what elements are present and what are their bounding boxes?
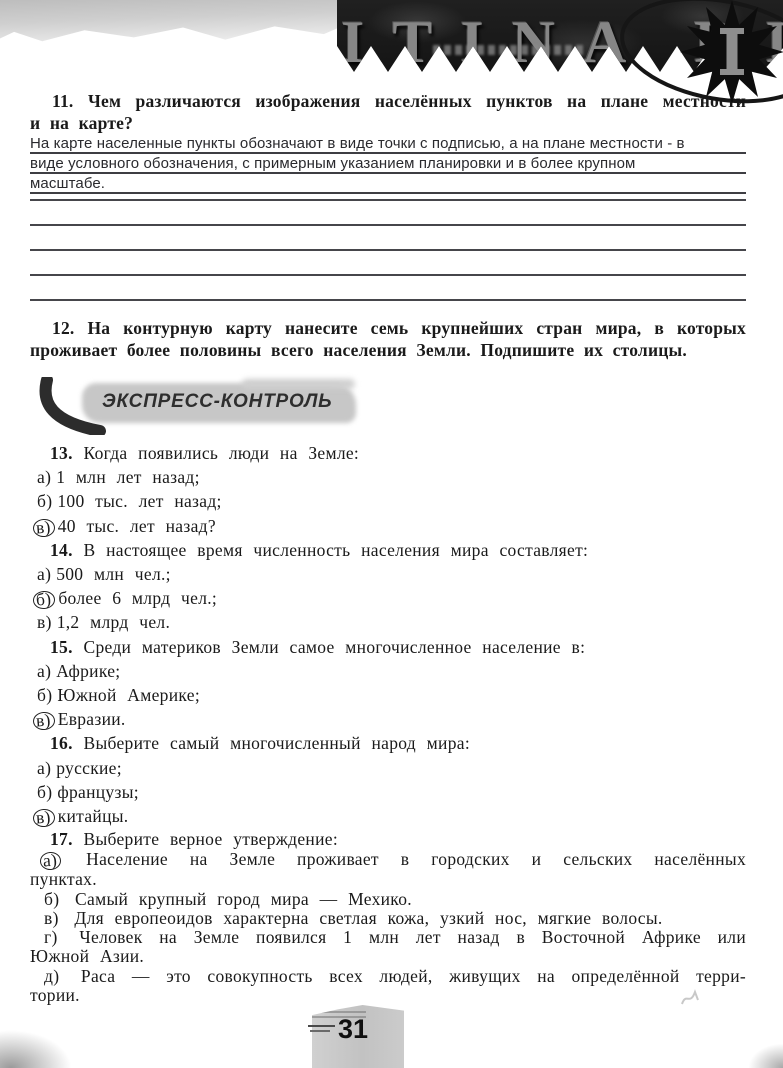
question-15-option-b: б)Южной Америке; bbox=[30, 683, 746, 707]
question-17: 17. Выберите верное утверждение: а) Насе… bbox=[30, 828, 746, 1005]
question-17-option-g: г) Человек на Земле появился 1 млн лет н… bbox=[30, 928, 746, 967]
question-13-option-a: а)1 млн лет назад; bbox=[30, 465, 746, 489]
ruled-line bbox=[30, 251, 746, 276]
question-17-title: 17. Выберите верное утверждение: bbox=[30, 828, 746, 850]
question-11-number: 11. bbox=[52, 91, 74, 111]
circled-answer-mark: в) bbox=[32, 808, 55, 827]
scan-smudge-bottom-left bbox=[0, 1030, 72, 1068]
question-14-option-b: б)более 6 млрд чел.; bbox=[30, 586, 746, 610]
express-control-label: ЭКСПРЕСС-КОНТРОЛЬ bbox=[92, 387, 342, 417]
option-letter: б) bbox=[44, 889, 59, 909]
question-17-option-v: в) Для европеоидов характерна светлая ко… bbox=[30, 909, 746, 928]
blank-answer-lines bbox=[30, 176, 746, 301]
option-letter: б) bbox=[37, 782, 52, 802]
ruled-line bbox=[30, 276, 746, 301]
circled-answer-mark: в) bbox=[32, 711, 55, 730]
question-17-option-a: а) Население на Земле проживает в городс… bbox=[30, 850, 746, 889]
option-letter: д) bbox=[44, 966, 59, 986]
watermark-small-text bbox=[433, 45, 583, 55]
option-letter: б) bbox=[37, 685, 52, 705]
question-16-option-b: б)французы; bbox=[30, 780, 746, 804]
question-15-option-a: а)Африке; bbox=[30, 659, 746, 683]
option-letter: г) bbox=[44, 927, 58, 947]
question-13-title: 13. Когда появились люди на Земле: bbox=[30, 441, 746, 465]
answer-line: На карте населенные пункты обозначают в … bbox=[30, 134, 746, 154]
question-12-number: 12. bbox=[52, 318, 74, 338]
question-17-option-b: б) Самый крупный город мира — Мехико. bbox=[30, 890, 746, 909]
option-letter: б) bbox=[37, 491, 52, 511]
question-17-option-d: д) Раса — это совокупность всех людей, ж… bbox=[30, 967, 746, 1006]
question-13-option-b: б)100 тыс. лет назад; bbox=[30, 489, 746, 513]
question-14-title: 14. В настоящее время численность населе… bbox=[30, 538, 746, 562]
question-15-title: 15. Среди материков Земли самое многочис… bbox=[30, 635, 746, 659]
ruled-line bbox=[30, 201, 746, 226]
star-emblem bbox=[620, 0, 783, 118]
question-12-line-1: 12. На контурную карту нанесите семь кру… bbox=[30, 317, 746, 339]
page-content: 11. Чем различаются изображения населённ… bbox=[30, 90, 746, 1005]
option-letter: а) bbox=[37, 661, 51, 681]
option-letter: в) bbox=[44, 908, 59, 928]
answer-line: виде условного обозначения, с примерным … bbox=[30, 154, 746, 174]
question-16-title: 16. Выберите самый многочисленный народ … bbox=[30, 731, 746, 755]
option-letter: а) bbox=[37, 564, 51, 584]
question-14-option-a: а)500 млн чел.; bbox=[30, 562, 746, 586]
circled-answer-mark: в) bbox=[32, 518, 55, 537]
option-letter: а) bbox=[37, 758, 51, 778]
option-letter: а) bbox=[37, 467, 51, 487]
question-13-option-v: в)40 тыс. лет назад? bbox=[30, 514, 746, 538]
question-12-line-2: проживает более половины всего населения… bbox=[30, 339, 746, 361]
option-letter: в) bbox=[37, 612, 52, 632]
page-number: 31 bbox=[338, 1014, 368, 1045]
circled-answer-mark: а) bbox=[39, 852, 61, 871]
question-16-option-a: а)русские; bbox=[30, 756, 746, 780]
express-control-header: ЭКСПРЕСС-КОНТРОЛЬ bbox=[30, 375, 746, 433]
ruled-line bbox=[30, 226, 746, 251]
question-14-option-v: в)1,2 млрд чел. bbox=[30, 610, 746, 634]
question-15-option-v: в)Евразии. bbox=[30, 707, 746, 731]
ruled-line bbox=[30, 176, 746, 201]
question-16-option-v: в)китайцы. bbox=[30, 804, 746, 828]
quiz-block: 13. Когда появились люди на Земле: а)1 м… bbox=[30, 441, 746, 828]
circled-answer-mark: б) bbox=[32, 590, 56, 610]
scan-gray-wash bbox=[0, 0, 352, 55]
scan-smudge-bottom-right bbox=[749, 1044, 783, 1068]
question-12: 12. На контурную карту нанесите семь кру… bbox=[30, 317, 746, 361]
